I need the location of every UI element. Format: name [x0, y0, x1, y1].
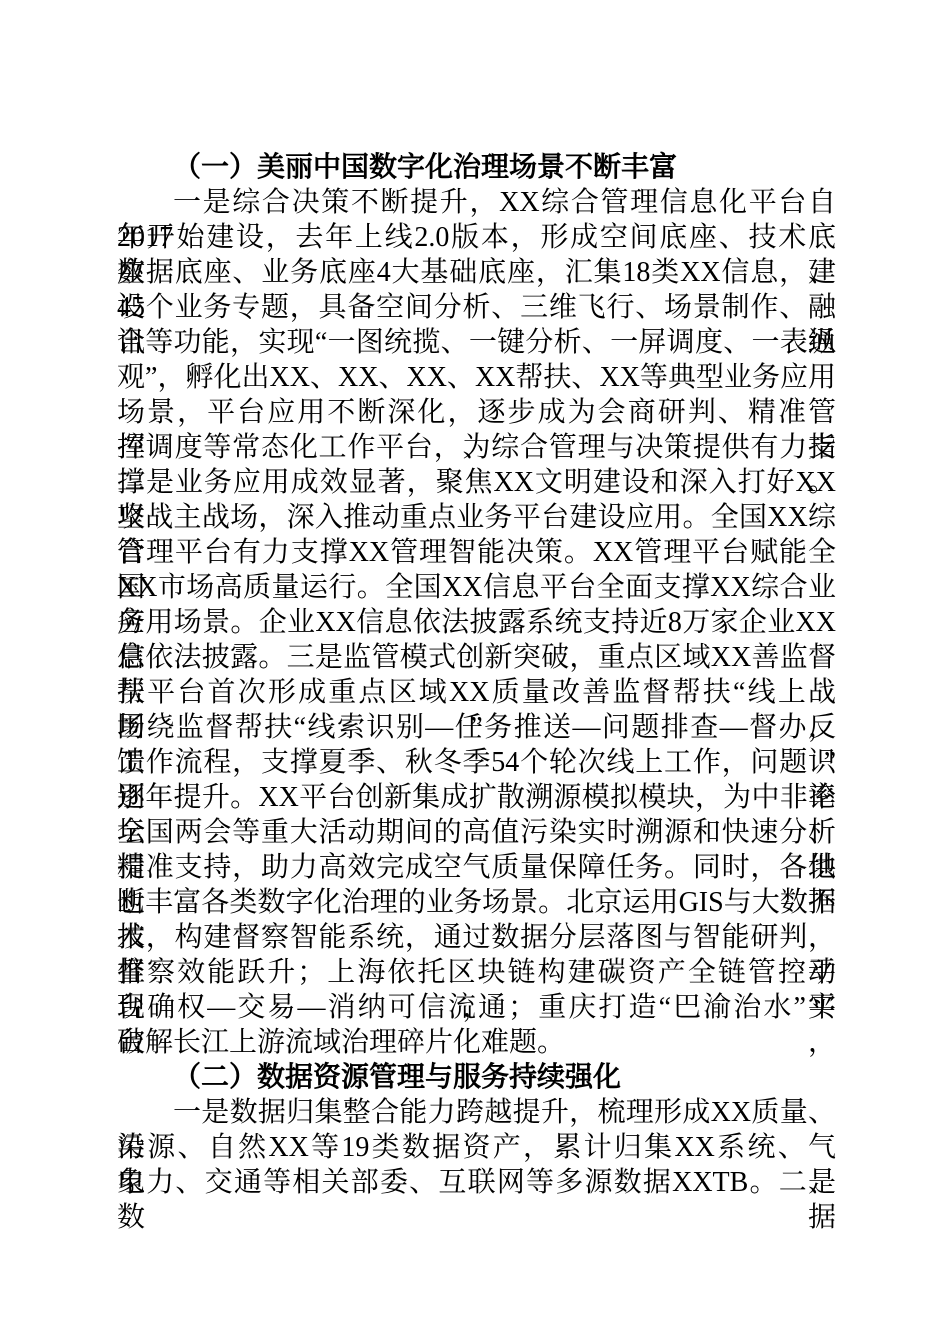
- paragraph-line: XX市场高质量运行。全国XX信息平台全面支撑XX综合业务: [117, 570, 836, 605]
- paragraph-line: 术，构建督察智能系统，通过数据分层落图与智能研判，推动: [117, 920, 836, 955]
- paragraph-line: 一是数据归集整合能力跨越提升，梳理形成XX质量、污: [117, 1095, 836, 1130]
- paragraph-line: 息依法披露。三是监管模式创新突破，重点区域XX善监督帮: [117, 640, 836, 675]
- section-heading: （一）美丽中国数字化治理场景不断丰富: [117, 150, 836, 185]
- paragraph-line: 应用场景。企业XX信息依法披露系统支持近8万家企业XX信: [117, 605, 836, 640]
- paragraph-line: 坚战主战场，深入推动重点业务平台建设应用。全国XX综合: [117, 500, 836, 535]
- paragraph-line: 管理平台有力支撑XX管理智能决策。XX管理平台赋能全国: [117, 535, 836, 570]
- paragraph-line: 电力、交通等相关部委、互联网等多源数据XXTB。二是数据: [117, 1165, 836, 1200]
- paragraph-line: 讯等功能，实现“一图统揽、一键分析、一屏调度、一表纵: [117, 325, 836, 360]
- document-text-block: （一）美丽中国数字化治理场景不断丰富一是综合决策不断提升，XX综合管理信息化平台…: [117, 150, 836, 1200]
- paragraph-line: 年开始建设，去年上线2.0版本，形成空间底座、技术底座、: [117, 220, 836, 255]
- paragraph-line: 45个业务专题，具备空间分析、三维飞行、场景制作、融合通: [117, 290, 836, 325]
- paragraph-line: 断丰富各类数字化治理的业务场景。北京运用GIS与大数据技: [117, 885, 836, 920]
- document-page: （一）美丽中国数字化治理场景不断丰富一是综合决策不断提升，XX综合管理信息化平台…: [0, 0, 950, 1344]
- paragraph-line: 观”，孵化出XX、XX、XX、XX帮扶、XX等典型业务应用: [117, 360, 836, 395]
- paragraph-line: 现确权—交易—消纳可信流通；重庆打造“巴渝治水”平台，: [117, 990, 836, 1025]
- paragraph-line: 围绕监督帮扶“线索识别—任务推送—问题排查—督办反馈”: [117, 710, 836, 745]
- paragraph-line: 挥调度等常态化工作平台，为综合管理与决策提供有力支撑。: [117, 430, 836, 465]
- paragraph-line: 二是业务应用成效显著，聚焦XX文明建设和深入打好XX攻: [117, 465, 836, 500]
- paragraph-line: 督察效能跃升；上海依托区块链构建碳资产全链管控平台，实: [117, 955, 836, 990]
- paragraph-line: 场景，平台应用不断深化，逐步成为会商研判、精准管控、指: [117, 395, 836, 430]
- paragraph-line: 染源、自然XX等19类数据资产，累计归集XX系统、气象、: [117, 1130, 836, 1165]
- section-heading: （二）数据资源管理与服务持续强化: [117, 1060, 836, 1095]
- paragraph-line: 精准支持，助力高效完成空气质量保障任务。同时，各地也不: [117, 850, 836, 885]
- paragraph-line: 数据底座、业务底座4大基础底座，汇集18类XX信息，建设: [117, 255, 836, 290]
- paragraph-line: 扶平台首次形成重点区域XX质量改善监督帮扶“线上战场”，: [117, 675, 836, 710]
- paragraph-line: 工作流程，支撑夏季、秋冬季54个轮次线上工作，问题识别率: [117, 745, 836, 780]
- paragraph-line: 逐年提升。XX平台创新集成扩散溯源模拟模块，为中非论坛、: [117, 780, 836, 815]
- paragraph-line: 全国两会等重大活动期间的高值污染实时溯源和快速分析提供: [117, 815, 836, 850]
- paragraph-line: 一是综合决策不断提升，XX综合管理信息化平台自2017: [117, 185, 836, 220]
